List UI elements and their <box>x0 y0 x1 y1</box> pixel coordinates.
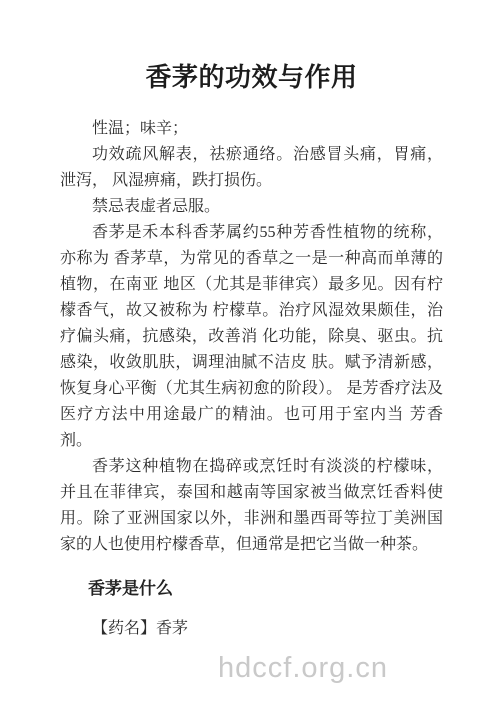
drug-name-line: 【药名】香茅 <box>60 616 443 642</box>
page-title: 香茅的功效与作用 <box>60 58 443 96</box>
paragraph-usage: 香茅这种植物在捣碎或烹饪时有淡淡的柠檬味，并且在菲律宾，泰国和越南等国家被当做烹… <box>60 454 443 558</box>
document-page: 香茅的功效与作用 性温；味辛； 功效疏风解表，祛瘀通络。治感冒头痛，胃痛，泄泻，… <box>0 0 500 707</box>
document-content: 香茅的功效与作用 性温；味辛； 功效疏风解表，祛瘀通络。治感冒头痛，胃痛，泄泻，… <box>0 0 500 642</box>
document-body: 性温；味辛； 功效疏风解表，祛瘀通络。治感冒头痛，胃痛，泄泻， 风湿痹痛，跌打损… <box>60 116 443 642</box>
site-watermark: hdccf.org.cn <box>218 654 388 683</box>
paragraph-effects: 功效疏风解表，祛瘀通络。治感冒头痛，胃痛，泄泻， 风湿痹痛，跌打损伤。 <box>60 142 443 194</box>
paragraph-properties: 性温；味辛； <box>60 116 443 142</box>
paragraph-contraindication: 禁忌表虚者忌服。 <box>60 194 443 220</box>
section-heading-what-is: 香茅是什么 <box>60 578 443 600</box>
paragraph-description: 香茅是禾本科香茅属约55种芳香性植物的统称，亦称为 香茅草，为常见的香草之一是一… <box>60 220 443 454</box>
